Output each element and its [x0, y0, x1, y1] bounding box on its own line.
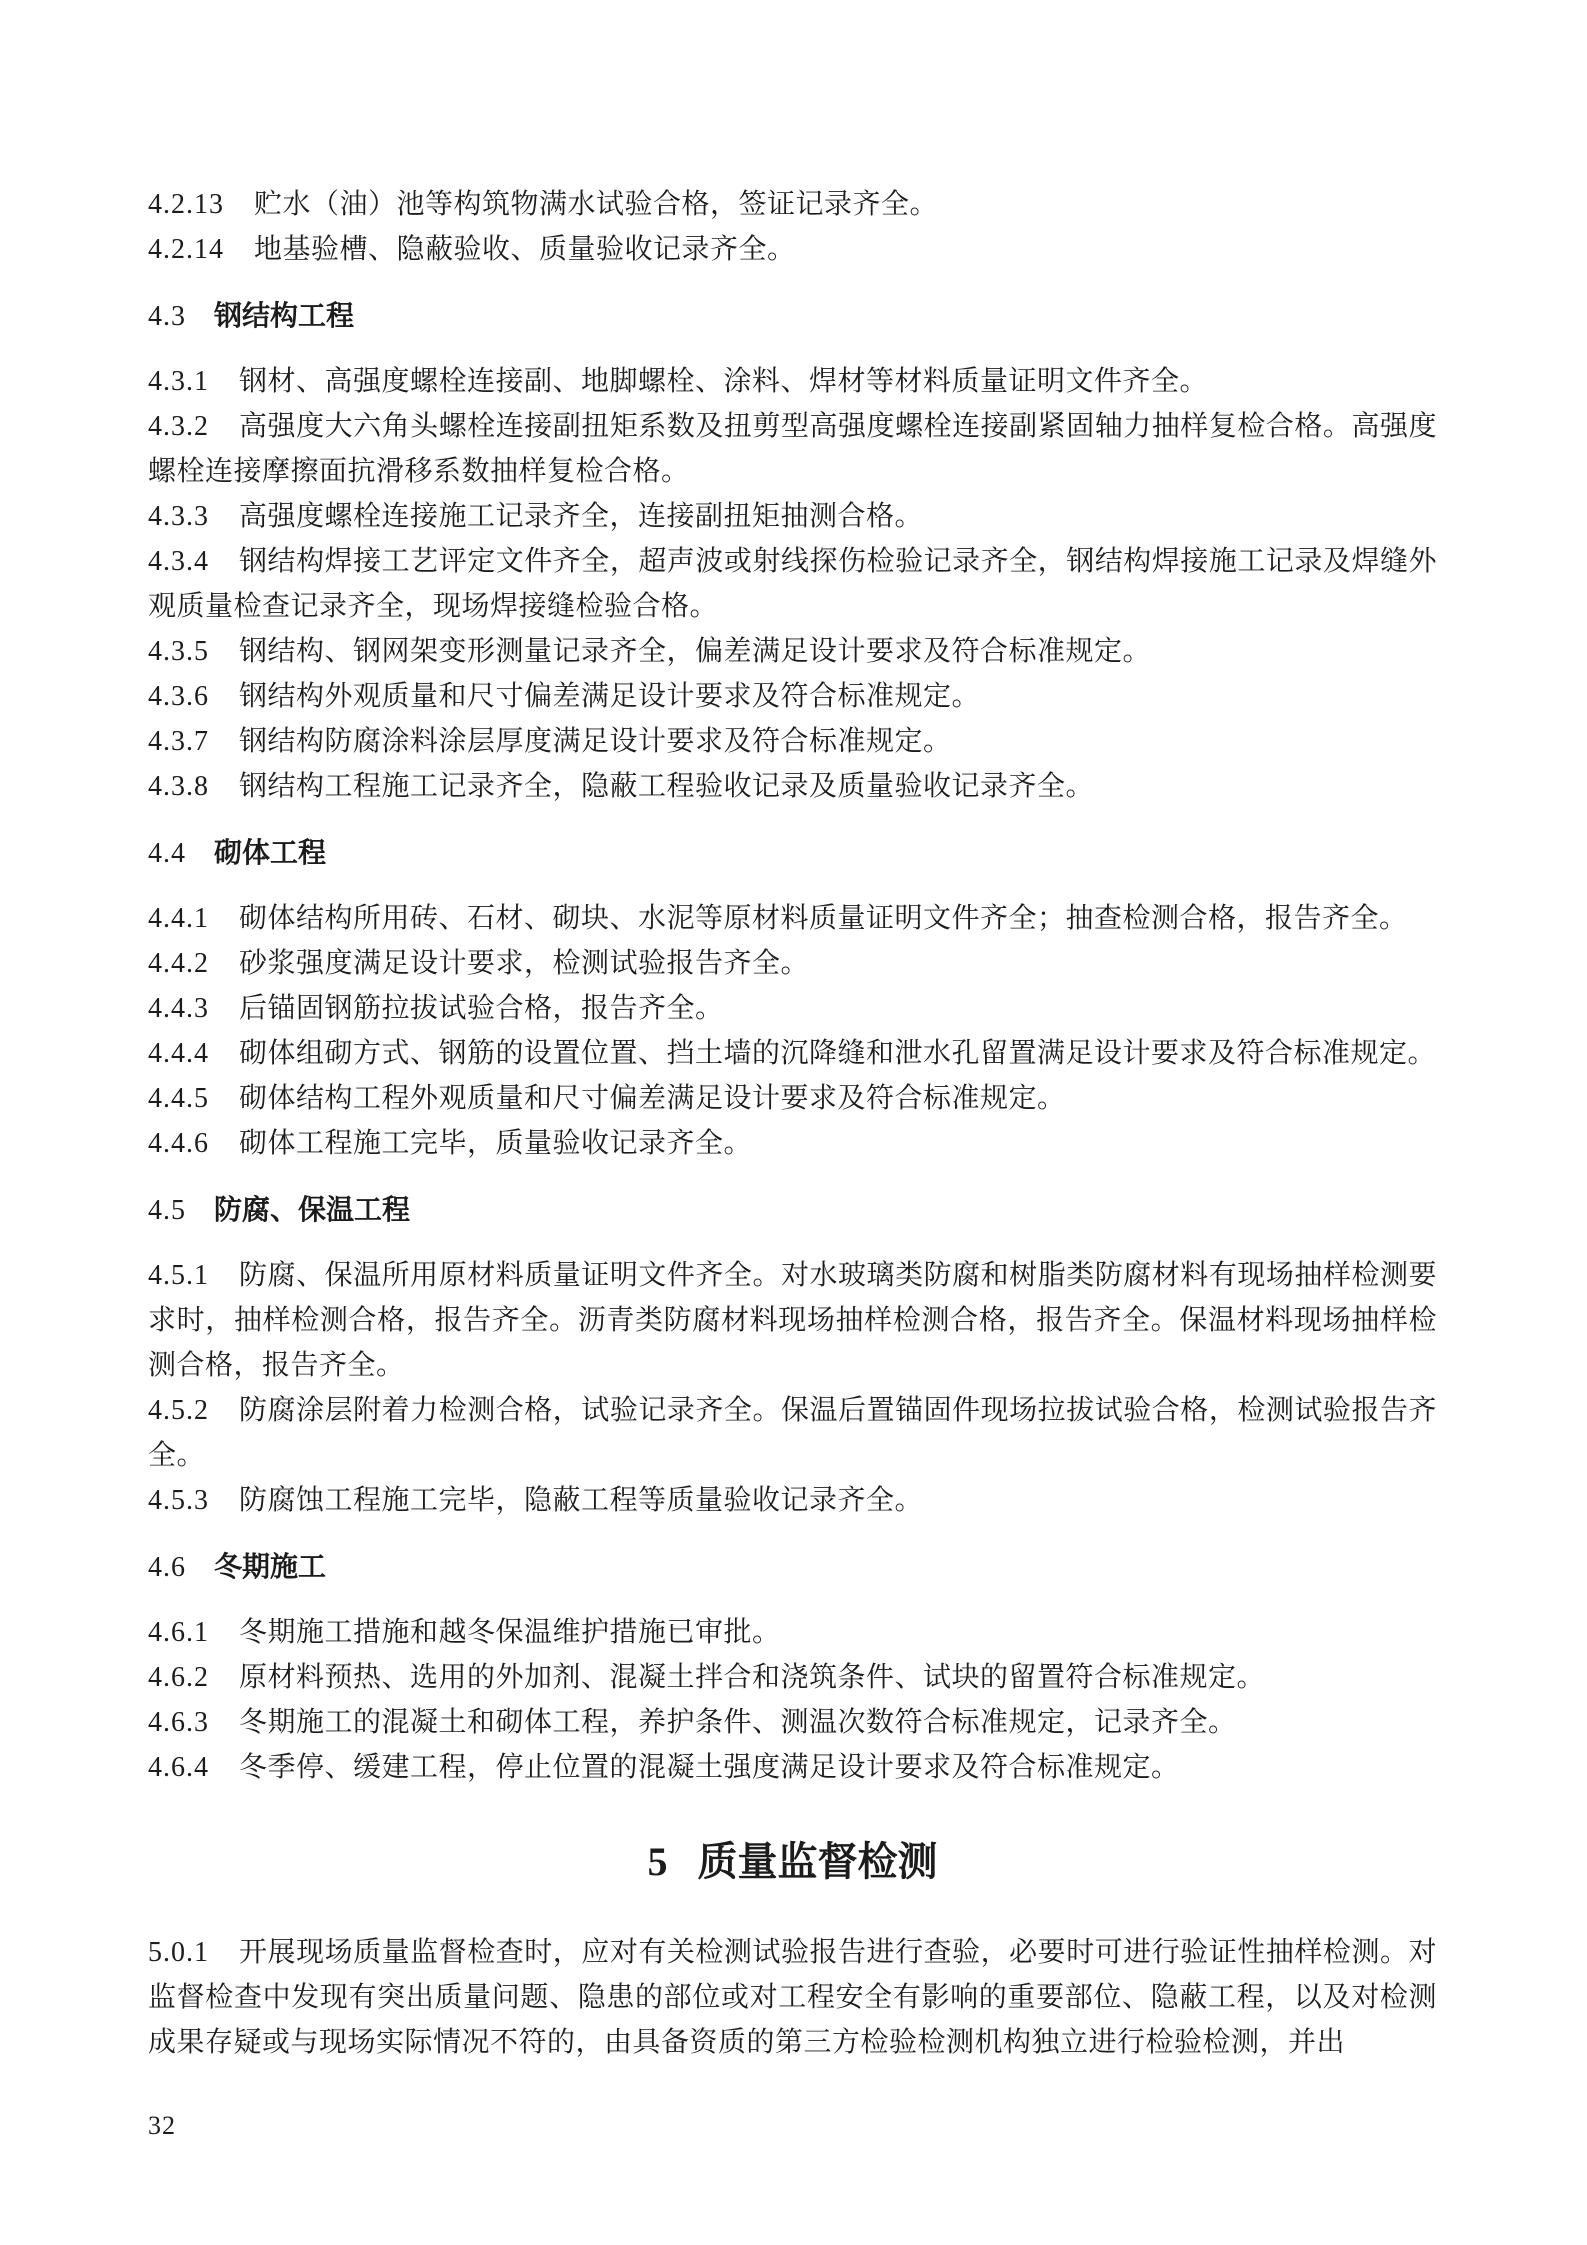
clause-number: 5.0.1 [148, 1930, 209, 1975]
section-title: 砌体工程 [214, 837, 326, 868]
clause-number: 4.4.4 [148, 1031, 209, 1076]
clause-text: 防腐、保温所用原材料质量证明文件齐全。对水玻璃类防腐和树脂类防腐材料有现场抽样检… [148, 1260, 1437, 1381]
clause-number: 4.4.6 [148, 1121, 209, 1166]
section-heading-4-4: 4.4砌体工程 [148, 830, 1437, 876]
clause-number: 4.4.1 [148, 896, 209, 941]
clause-number: 4.6.4 [148, 1745, 209, 1790]
page-number: 32 [148, 2109, 1437, 2143]
clause-4-6-1: 4.6.1冬期施工措施和越冬保温维护措施已审批。 [148, 1610, 1437, 1655]
section-number: 4.5 [148, 1188, 186, 1233]
clause-text: 钢结构焊接工艺评定文件齐全，超声波或射线探伤检验记录齐全，钢结构焊接施工记录及焊… [148, 546, 1437, 622]
clause-text: 冬期施工的混凝土和砌体工程，养护条件、测温次数符合标准规定，记录齐全。 [239, 1707, 1237, 1738]
clause-4-3-6: 4.3.6钢结构外观质量和尺寸偏差满足设计要求及符合标准规定。 [148, 674, 1437, 719]
clause-text: 钢结构、钢网架变形测量记录齐全，偏差满足设计要求及符合标准规定。 [239, 636, 1151, 667]
clause-4-4-5: 4.4.5砌体结构工程外观质量和尺寸偏差满足设计要求及符合标准规定。 [148, 1076, 1437, 1121]
chapter-heading-5: 5质量监督检测 [148, 1836, 1437, 1888]
section-number: 4.3 [148, 294, 186, 339]
clause-text: 砌体结构工程外观质量和尺寸偏差满足设计要求及符合标准规定。 [239, 1083, 1066, 1114]
clause-text: 砌体组砌方式、钢筋的设置位置、挡土墙的沉降缝和泄水孔留置满足设计要求及符合标准规… [239, 1038, 1436, 1069]
clause-text: 冬期施工措施和越冬保温维护措施已审批。 [239, 1617, 781, 1648]
clause-number: 4.5.1 [148, 1253, 209, 1298]
clause-text: 地基验槽、隐蔽验收、质量验收记录齐全。 [254, 234, 796, 265]
clause-4-4-4: 4.4.4砌体组砌方式、钢筋的设置位置、挡土墙的沉降缝和泄水孔留置满足设计要求及… [148, 1031, 1437, 1076]
clause-4-5-3: 4.5.3防腐蚀工程施工完毕，隐蔽工程等质量验收记录齐全。 [148, 1478, 1437, 1523]
clause-text: 砌体工程施工完毕，质量验收记录齐全。 [239, 1128, 752, 1159]
section-heading-4-5: 4.5防腐、保温工程 [148, 1187, 1437, 1233]
clause-number: 4.3.6 [148, 674, 209, 719]
section-number: 4.6 [148, 1545, 186, 1590]
clause-text: 钢结构外观质量和尺寸偏差满足设计要求及符合标准规定。 [239, 681, 980, 712]
clause-text: 高强度大六角头螺栓连接副扭矩系数及扭剪型高强度螺栓连接副紧固轴力抽样复检合格。高… [148, 411, 1437, 487]
clause-number: 4.3.7 [148, 719, 209, 764]
clause-text: 钢材、高强度螺栓连接副、地脚螺栓、涂料、焊材等材料质量证明文件齐全。 [239, 366, 1208, 397]
section-title: 防腐、保温工程 [214, 1194, 410, 1225]
clause-text: 原材料预热、选用的外加剂、混凝土拌合和浇筑条件、试块的留置符合标准规定。 [239, 1662, 1265, 1693]
section-title: 钢结构工程 [214, 300, 354, 331]
clause-4-6-4: 4.6.4冬季停、缓建工程，停止位置的混凝土强度满足设计要求及符合标准规定。 [148, 1745, 1437, 1790]
clause-text: 贮水（油）池等构筑物满水试验合格，签证记录齐全。 [254, 189, 938, 220]
clause-number: 4.2.13 [148, 182, 224, 227]
clause-4-4-6: 4.4.6砌体工程施工完毕，质量验收记录齐全。 [148, 1121, 1437, 1166]
clause-4-5-1: 4.5.1防腐、保温所用原材料质量证明文件齐全。对水玻璃类防腐和树脂类防腐材料有… [148, 1253, 1437, 1388]
clause-text: 砌体结构所用砖、石材、砌块、水泥等原材料质量证明文件齐全；抽查检测合格，报告齐全… [239, 903, 1408, 934]
section-title: 冬期施工 [214, 1551, 326, 1582]
clause-4-3-7: 4.3.7钢结构防腐涂料涂层厚度满足设计要求及符合标准规定。 [148, 719, 1437, 764]
clause-text: 钢结构工程施工记录齐全，隐蔽工程验收记录及质量验收记录齐全。 [239, 771, 1094, 802]
clause-number: 4.5.2 [148, 1388, 209, 1433]
clause-text: 高强度螺栓连接施工记录齐全，连接副扭矩抽测合格。 [239, 501, 923, 532]
clause-number: 4.3.3 [148, 494, 209, 539]
clause-4-2-13: 4.2.13贮水（油）池等构筑物满水试验合格，签证记录齐全。 [148, 182, 1437, 227]
clause-number: 4.3.1 [148, 359, 209, 404]
clause-number: 4.4.5 [148, 1076, 209, 1121]
clause-text: 钢结构防腐涂料涂层厚度满足设计要求及符合标准规定。 [239, 726, 952, 757]
clause-4-3-3: 4.3.3高强度螺栓连接施工记录齐全，连接副扭矩抽测合格。 [148, 494, 1437, 539]
clause-text: 冬季停、缓建工程，停止位置的混凝土强度满足设计要求及符合标准规定。 [239, 1752, 1180, 1783]
clause-text: 砂浆强度满足设计要求，检测试验报告齐全。 [239, 948, 809, 979]
clause-number: 4.6.1 [148, 1610, 209, 1655]
chapter-number: 5 [648, 1836, 668, 1888]
chapter-title: 质量监督检测 [698, 1840, 938, 1884]
clause-number: 4.4.3 [148, 986, 209, 1031]
clause-number: 4.3.2 [148, 404, 209, 449]
clause-number: 4.4.2 [148, 941, 209, 986]
clause-number: 4.2.14 [148, 227, 224, 272]
clause-text: 开展现场质量监督检查时，应对有关检测试验报告进行查验，必要时可进行验证性抽样检测… [148, 1937, 1437, 2058]
section-heading-4-3: 4.3钢结构工程 [148, 293, 1437, 339]
clause-4-3-4: 4.3.4钢结构焊接工艺评定文件齐全，超声波或射线探伤检验记录齐全，钢结构焊接施… [148, 539, 1437, 629]
clause-4-4-2: 4.4.2砂浆强度满足设计要求，检测试验报告齐全。 [148, 941, 1437, 986]
clause-text: 防腐蚀工程施工完毕，隐蔽工程等质量验收记录齐全。 [239, 1485, 923, 1516]
clause-4-6-2: 4.6.2原材料预热、选用的外加剂、混凝土拌合和浇筑条件、试块的留置符合标准规定… [148, 1655, 1437, 1700]
clause-4-3-5: 4.3.5钢结构、钢网架变形测量记录齐全，偏差满足设计要求及符合标准规定。 [148, 629, 1437, 674]
clause-text: 防腐涂层附着力检测合格，试验记录齐全。保温后置锚固件现场拉拔试验合格，检测试验报… [148, 1395, 1437, 1471]
clause-number: 4.3.8 [148, 764, 209, 809]
clause-4-3-1: 4.3.1钢材、高强度螺栓连接副、地脚螺栓、涂料、焊材等材料质量证明文件齐全。 [148, 359, 1437, 404]
clause-4-3-8: 4.3.8钢结构工程施工记录齐全，隐蔽工程验收记录及质量验收记录齐全。 [148, 764, 1437, 809]
clause-number: 4.3.4 [148, 539, 209, 584]
clause-4-5-2: 4.5.2防腐涂层附着力检测合格，试验记录齐全。保温后置锚固件现场拉拔试验合格，… [148, 1388, 1437, 1478]
clause-number: 4.6.3 [148, 1700, 209, 1745]
clause-number: 4.5.3 [148, 1478, 209, 1523]
section-heading-4-6: 4.6冬期施工 [148, 1544, 1437, 1590]
clause-number: 4.3.5 [148, 629, 209, 674]
clause-4-6-3: 4.6.3冬期施工的混凝土和砌体工程，养护条件、测温次数符合标准规定，记录齐全。 [148, 1700, 1437, 1745]
clause-4-3-2: 4.3.2高强度大六角头螺栓连接副扭矩系数及扭剪型高强度螺栓连接副紧固轴力抽样复… [148, 404, 1437, 494]
clause-5-0-1: 5.0.1开展现场质量监督检查时，应对有关检测试验报告进行查验，必要时可进行验证… [148, 1930, 1437, 2065]
clause-text: 后锚固钢筋拉拔试验合格，报告齐全。 [239, 993, 724, 1024]
clause-number: 4.6.2 [148, 1655, 209, 1700]
clause-4-4-3: 4.4.3后锚固钢筋拉拔试验合格，报告齐全。 [148, 986, 1437, 1031]
document-page: 4.2.13贮水（油）池等构筑物满水试验合格，签证记录齐全。 4.2.14地基验… [0, 0, 1587, 2245]
clause-4-4-1: 4.4.1砌体结构所用砖、石材、砌块、水泥等原材料质量证明文件齐全；抽查检测合格… [148, 896, 1437, 941]
section-number: 4.4 [148, 831, 186, 876]
clause-4-2-14: 4.2.14地基验槽、隐蔽验收、质量验收记录齐全。 [148, 227, 1437, 272]
